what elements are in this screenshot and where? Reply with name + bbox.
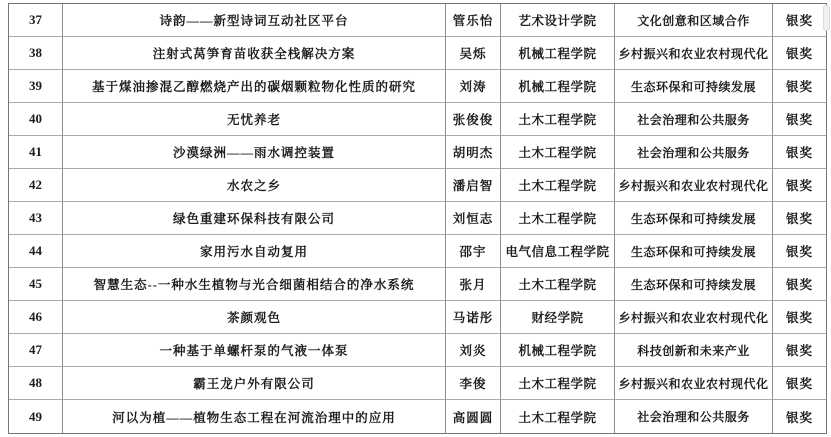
cell-row-number: 41 [9, 136, 63, 169]
cell-project-name: 水农之乡 [63, 169, 446, 202]
cell-row-number: 39 [9, 70, 63, 103]
cell-project-name: 沙漠绿洲——雨水调控装置 [63, 136, 446, 169]
cell-college: 土木工程学院 [501, 169, 615, 202]
cell-leader-name: 胡明杰 [446, 136, 501, 169]
cell-award: 银奖 [773, 103, 826, 136]
cell-award: 银奖 [773, 169, 826, 202]
cell-award: 银奖 [773, 4, 826, 37]
cell-category: 生态环保和可持续发展 [615, 70, 773, 103]
table-row: 41 沙漠绿洲——雨水调控装置 胡明杰 土木工程学院 社会治理和公共服务 银奖 [9, 136, 826, 169]
cell-leader-name: 马诺彤 [446, 301, 501, 334]
cell-row-number: 37 [9, 4, 63, 37]
table-row: 47 一种基于单螺杆泵的气液一体泵 刘炎 机械工程学院 科技创新和未来产业 银奖 [9, 334, 826, 367]
cell-leader-name: 潘启智 [446, 169, 501, 202]
cell-award: 银奖 [773, 70, 826, 103]
cell-college: 土木工程学院 [501, 367, 615, 400]
cell-award: 银奖 [773, 400, 826, 433]
table-row: 44 家用污水自动复用 邵宇 电气信息工程学院 生态环保和可持续发展 银奖 [9, 235, 826, 268]
cell-leader-name: 刘涛 [446, 70, 501, 103]
cell-leader-name: 刘炎 [446, 334, 501, 367]
cell-project-name: 家用污水自动复用 [63, 235, 446, 268]
cell-leader-name: 邵宇 [446, 235, 501, 268]
cell-category: 社会治理和公共服务 [615, 400, 773, 433]
table-row: 39 基于煤油掺混乙醇燃烧产出的碳烟颗粒物化性质的研究 刘涛 机械工程学院 生态… [9, 70, 826, 103]
cell-college: 艺术设计学院 [501, 4, 615, 37]
cell-leader-name: 李俊 [446, 367, 501, 400]
cell-leader-name: 张俊俊 [446, 103, 501, 136]
cell-award: 银奖 [773, 235, 826, 268]
table-row: 43 绿色重建环保科技有限公司 刘恒志 土木工程学院 生态环保和可持续发展 银奖 [9, 202, 826, 235]
table-row: 40 无忧养老 张俊俊 土木工程学院 社会治理和公共服务 银奖 [9, 103, 826, 136]
cell-category: 生态环保和可持续发展 [615, 268, 773, 301]
table-row: 48 霸王龙户外有限公司 李俊 土木工程学院 乡村振兴和农业农村现代化 银奖 [9, 367, 826, 400]
cell-college: 土木工程学院 [501, 103, 615, 136]
cell-project-name: 霸王龙户外有限公司 [63, 367, 446, 400]
table-row: 49 河以为植——植物生态工程在河流治理中的应用 高圆圆 土木工程学院 社会治理… [9, 400, 826, 433]
cell-category: 社会治理和公共服务 [615, 136, 773, 169]
cell-project-name: 绿色重建环保科技有限公司 [63, 202, 446, 235]
cell-college: 财经学院 [501, 301, 615, 334]
cell-row-number: 44 [9, 235, 63, 268]
table-row: 42 水农之乡 潘启智 土木工程学院 乡村振兴和农业农村现代化 银奖 [9, 169, 826, 202]
cell-row-number: 43 [9, 202, 63, 235]
cell-college: 机械工程学院 [501, 334, 615, 367]
cell-row-number: 49 [9, 400, 63, 433]
cell-row-number: 40 [9, 103, 63, 136]
cell-category: 乡村振兴和农业农村现代化 [615, 37, 773, 70]
cell-leader-name: 高圆圆 [446, 400, 501, 433]
document-page: 37 诗韵——新型诗词互动社区平台 管乐怡 艺术设计学院 文化创意和区域合作 银… [0, 0, 831, 437]
table-row: 45 智慧生态--一种水生植物与光合细菌相结合的净水系统 张月 土木工程学院 生… [9, 268, 826, 301]
cell-leader-name: 吴烁 [446, 37, 501, 70]
cell-leader-name: 张月 [446, 268, 501, 301]
cell-category: 乡村振兴和农业农村现代化 [615, 169, 773, 202]
cell-row-number: 42 [9, 169, 63, 202]
cell-project-name: 智慧生态--一种水生植物与光合细菌相结合的净水系统 [63, 268, 446, 301]
cell-award: 银奖 [773, 334, 826, 367]
cell-leader-name: 管乐怡 [446, 4, 501, 37]
table-row: 46 茶颜观色 马诺彤 财经学院 乡村振兴和农业农村现代化 银奖 [9, 301, 826, 334]
cell-award: 银奖 [773, 136, 826, 169]
cell-row-number: 38 [9, 37, 63, 70]
cell-award: 银奖 [773, 37, 826, 70]
cell-project-name: 基于煤油掺混乙醇燃烧产出的碳烟颗粒物化性质的研究 [63, 70, 446, 103]
cell-row-number: 46 [9, 301, 63, 334]
cell-project-name: 茶颜观色 [63, 301, 446, 334]
cell-row-number: 48 [9, 367, 63, 400]
awards-table: 37 诗韵——新型诗词互动社区平台 管乐怡 艺术设计学院 文化创意和区域合作 银… [8, 3, 827, 434]
cell-college: 土木工程学院 [501, 202, 615, 235]
table-row: 37 诗韵——新型诗词互动社区平台 管乐怡 艺术设计学院 文化创意和区域合作 银… [9, 4, 826, 37]
cell-project-name: 无忧养老 [63, 103, 446, 136]
cell-category: 文化创意和区域合作 [615, 4, 773, 37]
cell-category: 社会治理和公共服务 [615, 103, 773, 136]
cell-award: 银奖 [773, 202, 826, 235]
cell-category: 科技创新和未来产业 [615, 334, 773, 367]
cell-row-number: 45 [9, 268, 63, 301]
cell-leader-name: 刘恒志 [446, 202, 501, 235]
cell-category: 生态环保和可持续发展 [615, 202, 773, 235]
cell-award: 银奖 [773, 268, 826, 301]
cell-college: 土木工程学院 [501, 136, 615, 169]
cell-project-name: 一种基于单螺杆泵的气液一体泵 [63, 334, 446, 367]
cell-category: 生态环保和可持续发展 [615, 235, 773, 268]
cell-award: 银奖 [773, 367, 826, 400]
cell-project-name: 河以为植——植物生态工程在河流治理中的应用 [63, 400, 446, 433]
cell-college: 土木工程学院 [501, 400, 615, 433]
cell-college: 机械工程学院 [501, 70, 615, 103]
cell-college: 机械工程学院 [501, 37, 615, 70]
cell-category: 乡村振兴和农业农村现代化 [615, 367, 773, 400]
table-row: 38 注射式莴笋育苗收获全栈解决方案 吴烁 机械工程学院 乡村振兴和农业农村现代… [9, 37, 826, 70]
cell-row-number: 47 [9, 334, 63, 367]
cell-award: 银奖 [773, 301, 826, 334]
scrollbar-thumb[interactable] [823, 5, 830, 31]
cell-project-name: 诗韵——新型诗词互动社区平台 [63, 4, 446, 37]
cell-category: 乡村振兴和农业农村现代化 [615, 301, 773, 334]
cell-college: 土木工程学院 [501, 268, 615, 301]
cell-college: 电气信息工程学院 [501, 235, 615, 268]
cell-project-name: 注射式莴笋育苗收获全栈解决方案 [63, 37, 446, 70]
